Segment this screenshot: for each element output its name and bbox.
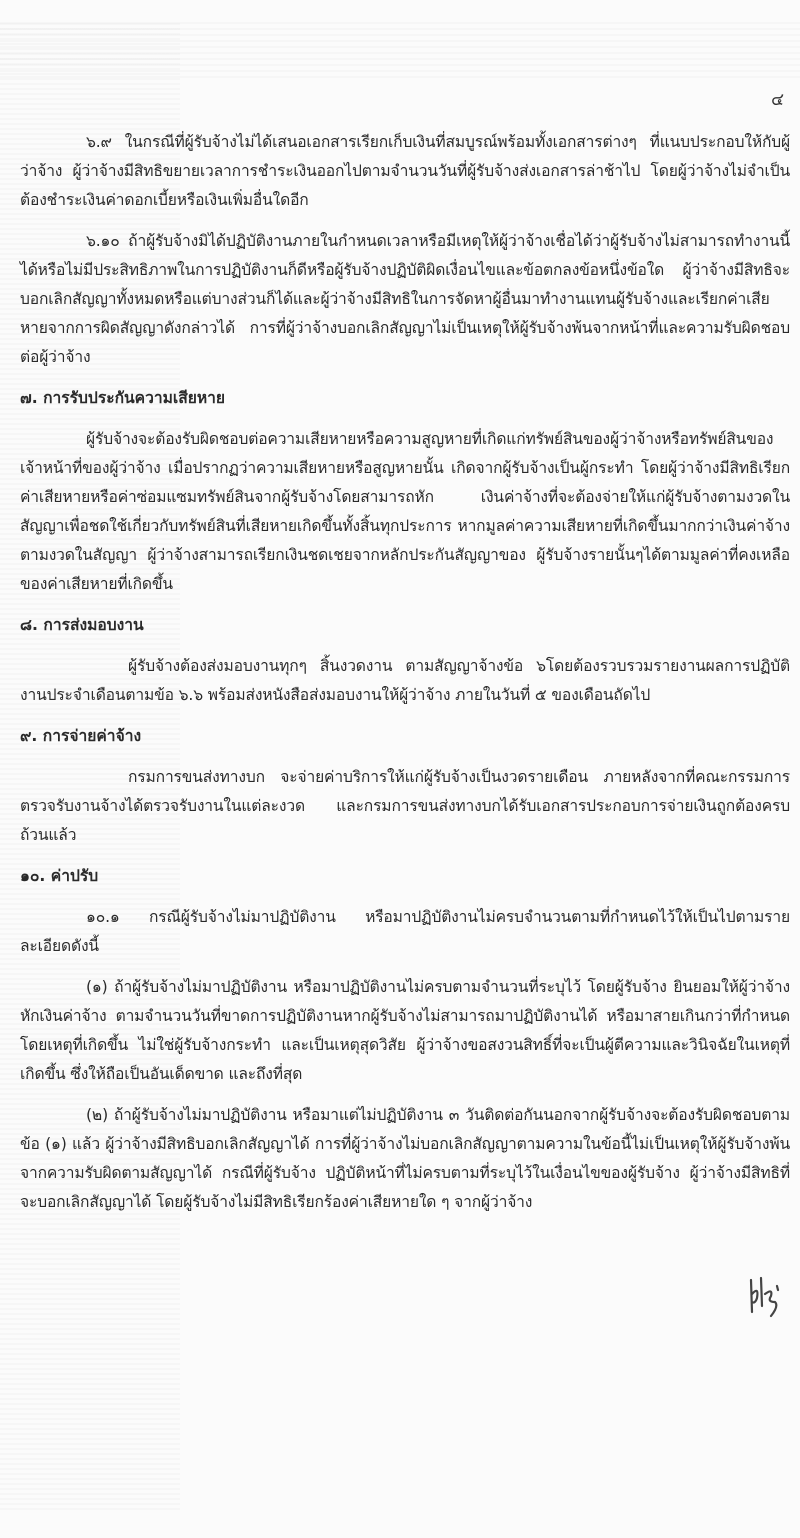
clause-6-9: ๖.๙ ในกรณีที่ผู้รับจ้างไม่ได้เสนอเอกสารเ… xyxy=(20,128,790,215)
heading-section-10: ๑๐. ค่าปรับ xyxy=(20,862,790,891)
clause-10-1-2: (๒) ถ้าผู้รับจ้างไม่มาปฏิบัติงาน หรือมาแ… xyxy=(20,1101,790,1217)
clause-7: ผู้รับจ้างจะต้องรับผิดชอบต่อความเสียหายห… xyxy=(20,425,790,599)
clause-6-10: ๖.๑๐ ถ้าผู้รับจ้างมิได้ปฏิบัติงานภายในกำ… xyxy=(20,227,790,372)
page-number: ๔ xyxy=(771,86,784,113)
scan-artifact-top xyxy=(0,18,800,78)
heading-section-7: ๗. การรับประกันความเสียหาย xyxy=(20,384,790,413)
clause-10-1: ๑๐.๑ กรณีผู้รับจ้างไม่มาปฏิบัติงาน หรือม… xyxy=(20,903,790,961)
clause-8: ผู้รับจ้างต้องส่งมอบงานทุกๆ สิ้นงวดงาน ต… xyxy=(20,652,790,710)
document-body: ๖.๙ ในกรณีที่ผู้รับจ้างไม่ได้เสนอเอกสารเ… xyxy=(20,128,790,1229)
heading-section-8: ๘. การส่งมอบงาน xyxy=(20,611,790,640)
heading-section-9: ๙. การจ่ายค่าจ้าง xyxy=(20,722,790,751)
clause-9: กรมการขนส่งทางบก จะจ่ายค่าบริการให้แก่ผู… xyxy=(20,763,790,850)
signature-icon xyxy=(745,1272,785,1322)
clause-10-1-1: (๑) ถ้าผู้รับจ้างไม่มาปฏิบัติงาน หรือมาป… xyxy=(20,973,790,1089)
